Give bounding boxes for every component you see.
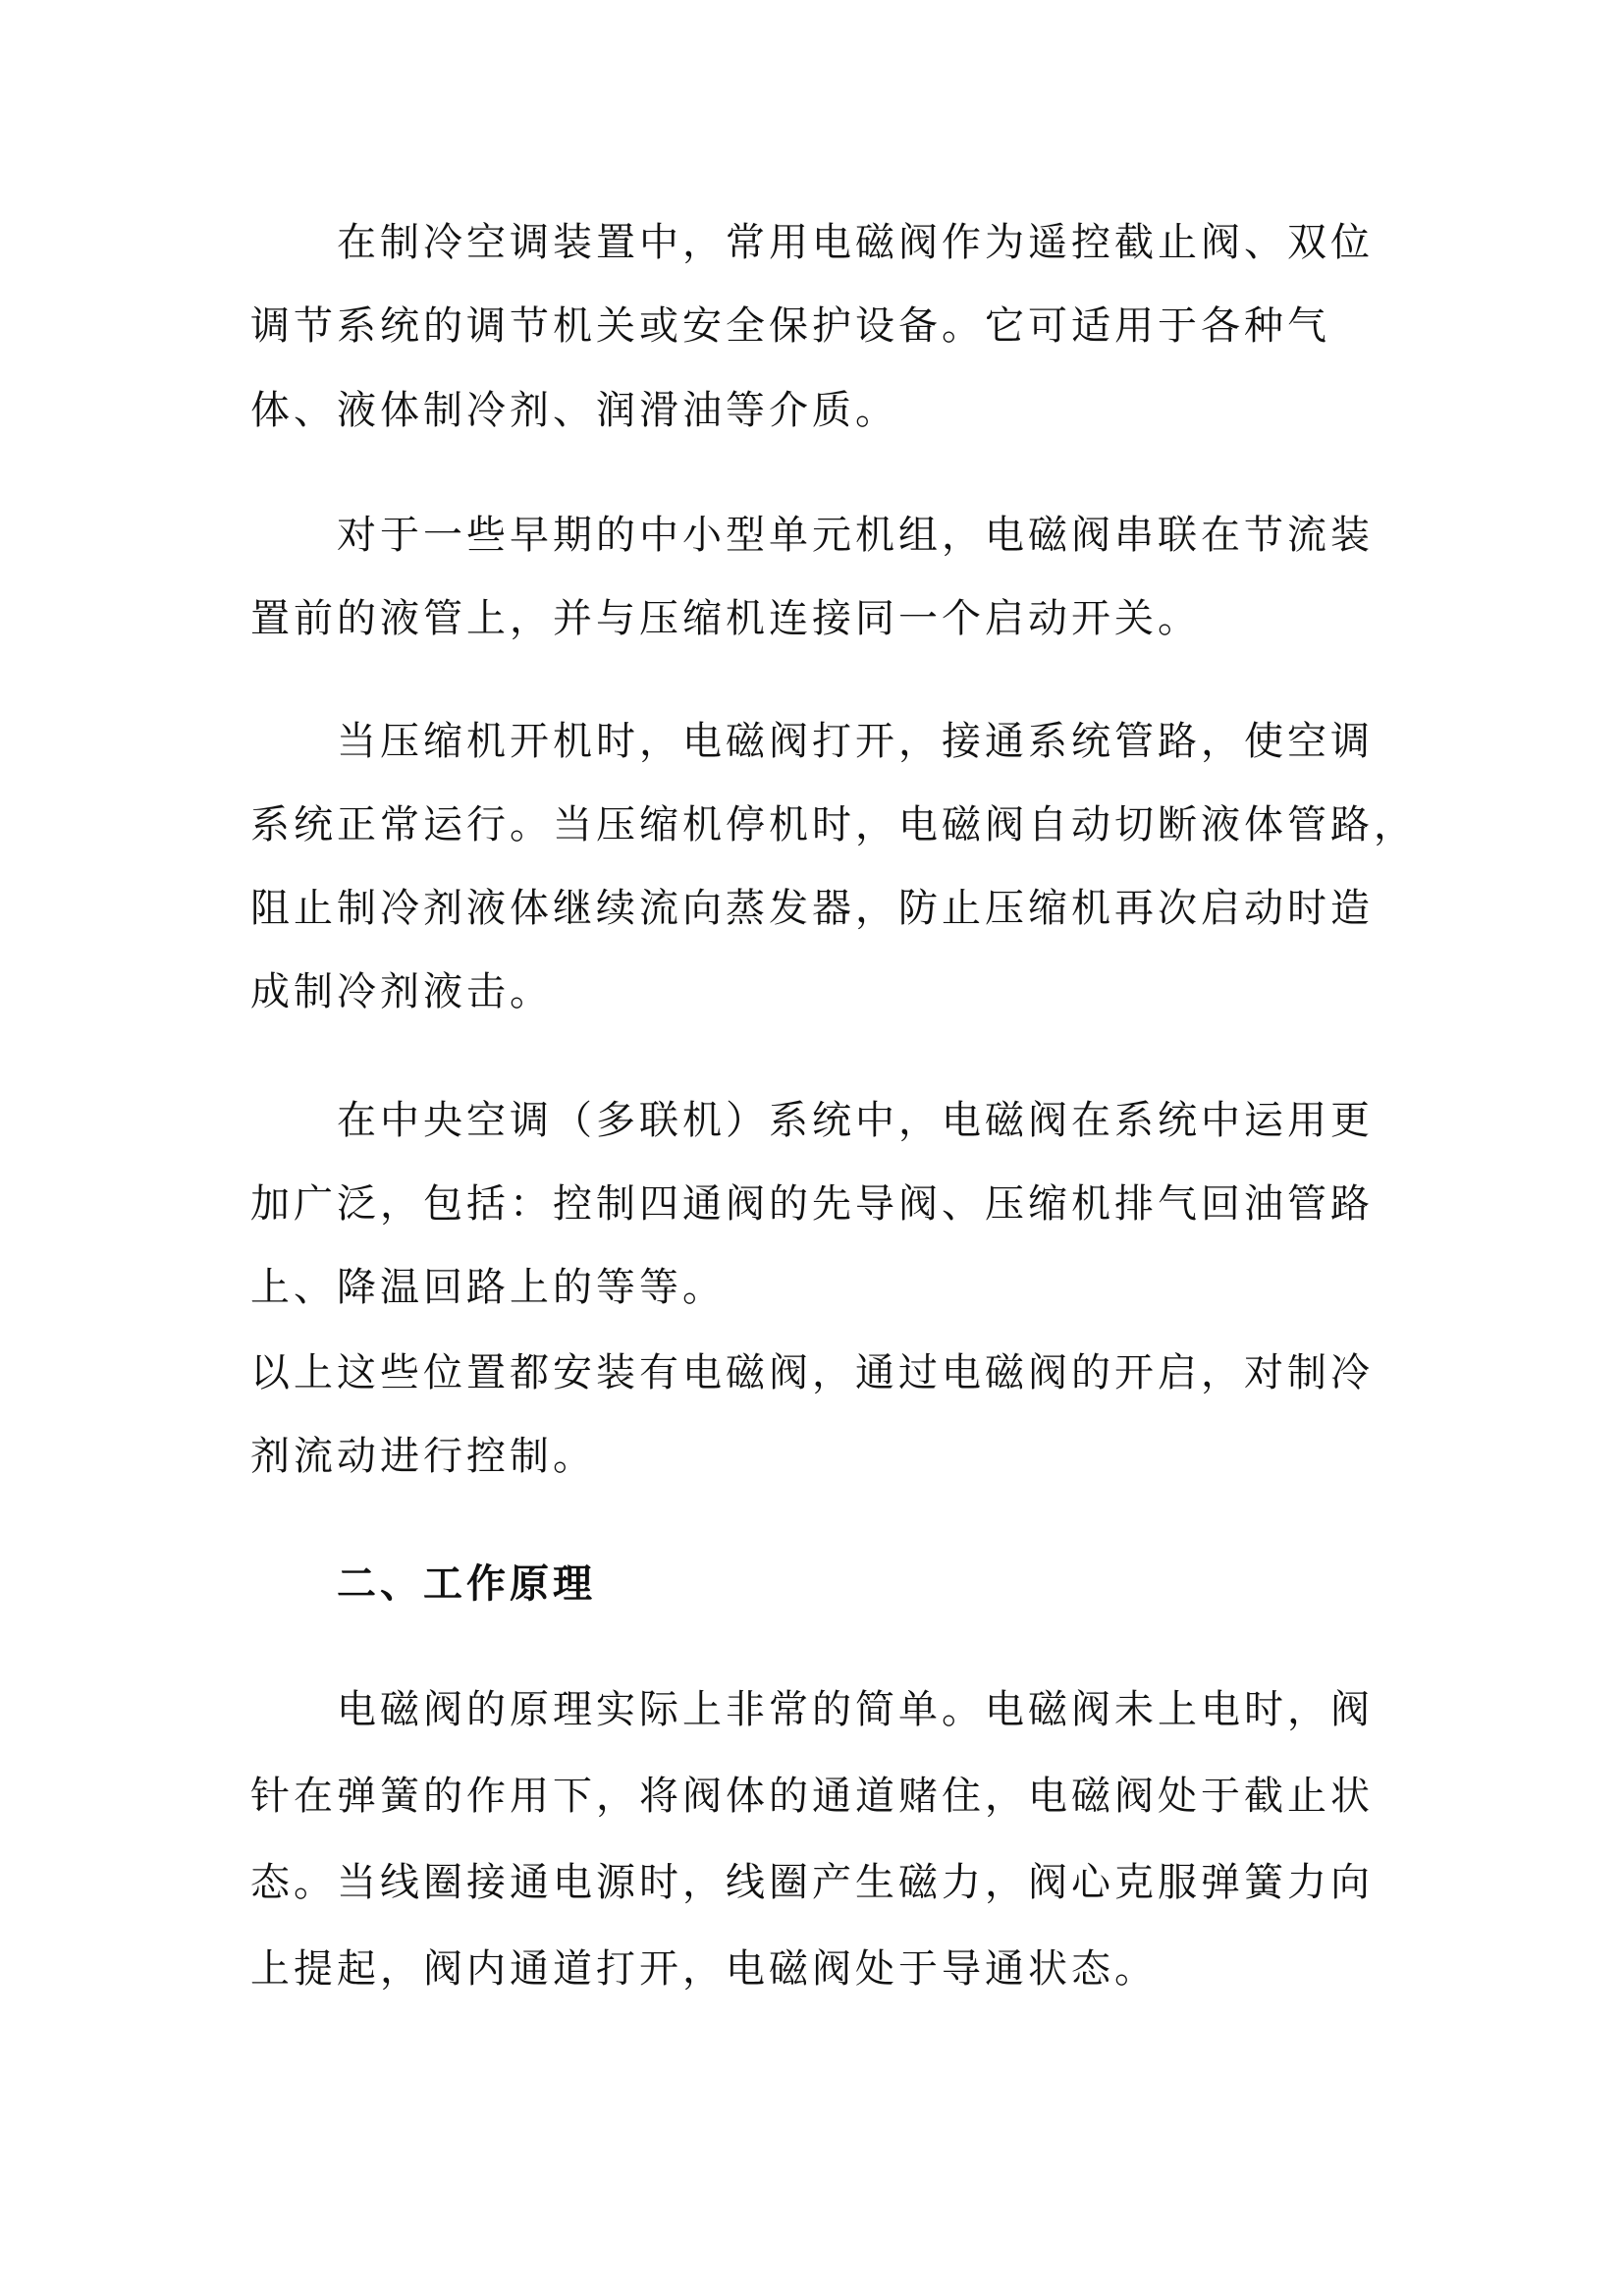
paragraph-3-line-3: 阻止制冷剂液体继续流向蒸发器，防止压缩机再次启动时造 <box>250 886 1374 931</box>
paragraph-6-line-3: 态。当线圈接通电源时，线圈产生磁力，阀心克服弹簧力向 <box>250 1860 1374 1905</box>
paragraph-1-line-1: 在制冷空调装置中，常用电磁阀作为遥控截止阀、双位 <box>337 220 1374 265</box>
paragraph-6-line-2: 针在弹簧的作用下，将阀体的通道赌住，电磁阀处于截止状 <box>250 1774 1374 1819</box>
paragraph-3-line-1: 当压缩机开机时，电磁阀打开，接通系统管路，使空调 <box>337 719 1374 764</box>
paragraph-3-line-4: 成制冷剂液击。 <box>250 969 553 1014</box>
paragraph-4-line-1: 在中央空调（多联机）系统中，电磁阀在系统中运用更 <box>337 1098 1374 1143</box>
paragraph-2-line-2: 置前的液管上，并与压缩机连接同一个启动开关。 <box>250 596 1201 641</box>
paragraph-1-line-2: 调节系统的调节机关或安全保护设备。它可适用于各种气 <box>250 303 1330 349</box>
paragraph-3-line-2: 系统正常运行。当压缩机停机时，电磁阀自动切断液体管路， <box>250 802 1417 847</box>
paragraph-4-line-3: 上、降温回路上的等等。 <box>250 1265 726 1310</box>
paragraph-6-line-4: 上提起，阀内通道打开，电磁阀处于导通状态。 <box>250 1946 1158 1992</box>
paragraph-5-line-2: 剂流动进行控制。 <box>250 1434 596 1479</box>
paragraph-4-line-2: 加广泛，包括：控制四通阀的先导阀、压缩机排气回油管路 <box>250 1181 1374 1227</box>
paragraph-2-line-1: 对于一些早期的中小型单元机组，电磁阀串联在节流装 <box>337 513 1374 558</box>
paragraph-5-line-1: 以上这些位置都安装有电磁阀，通过电磁阀的开启，对制冷 <box>250 1350 1374 1395</box>
document-page: 在制冷空调装置中，常用电磁阀作为遥控截止阀、双位 调节系统的调节机关或安全保护设… <box>0 0 1623 2296</box>
section-heading: 二、工作原理 <box>337 1561 596 1607</box>
paragraph-6-line-1: 电磁阀的原理实际上非常的简单。电磁阀未上电时，阀 <box>337 1687 1374 1732</box>
paragraph-1-line-3: 体、液体制冷剂、润滑油等介质。 <box>250 388 898 433</box>
